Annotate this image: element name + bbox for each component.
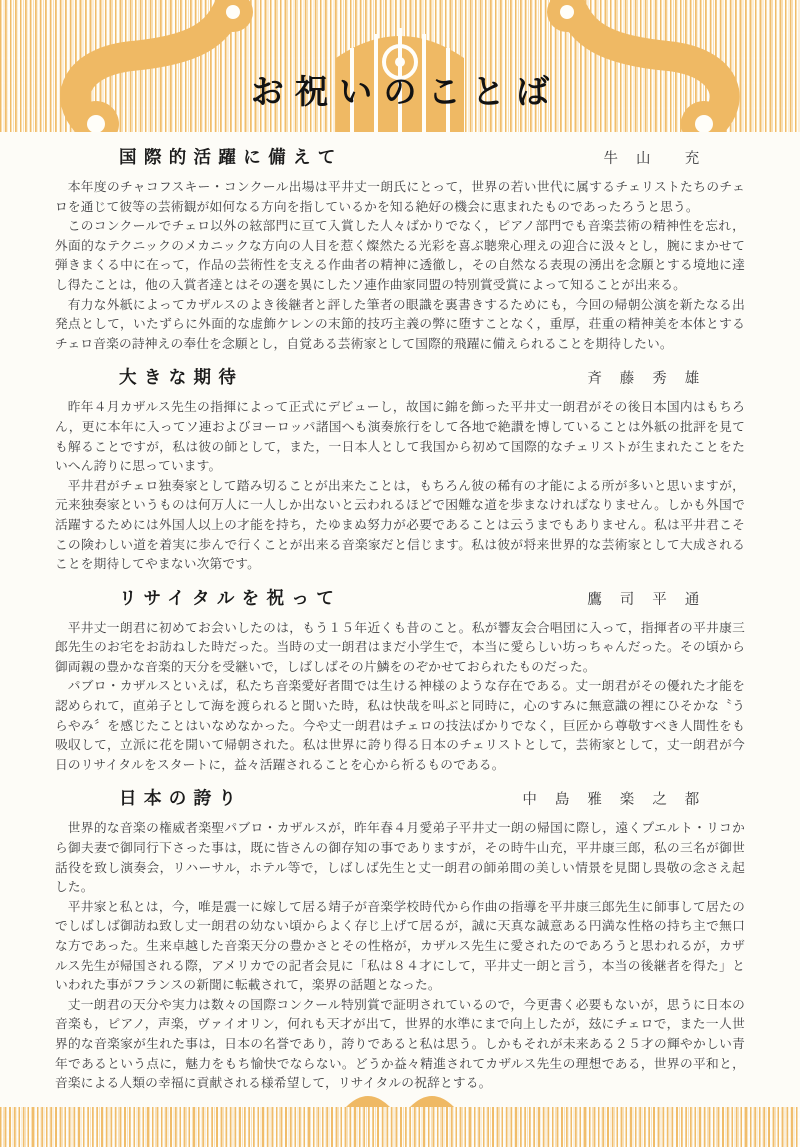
section-heading: 大きな期待 [119, 364, 243, 389]
paragraph: 平井丈一朗君に初めてお会いしたのは，もう１５年近くも昔のこと。私が響友会合唱団に… [55, 619, 745, 678]
paragraph: 有力な外紙によってカザルスのよき後継者と評した筆者の眼識を裏書きするためにも，今… [55, 296, 745, 355]
section-great-expectations: 大きな期待 斉 藤 秀 雄 昨年４月カザルス先生の指揮によって正式にデビューし，… [55, 364, 745, 574]
section-heading: 日本の誇り [119, 785, 243, 810]
paragraph: このコンクールでチェロ以外の絃部門に亘て入賞した人々ばかりでなく，ピアノ部門でも… [55, 217, 745, 295]
section-heading: リサイタルを祝って [119, 585, 341, 610]
section-header: 日本の誇り 中 島 雅 楽 之 都 [119, 785, 745, 810]
paragraph: 本年度のチャコフスキー・コンクール出場は平井丈一朗氏にとって，世界の若い世代に属… [55, 178, 745, 217]
section-celebrating-recital: リサイタルを祝って 鷹 司 平 通 平井丈一朗君に初めてお会いしたのは，もう１５… [55, 585, 745, 776]
paragraph: パブロ・カザルスといえば，私たち音楽愛好者間では生ける神様のような存在である。丈… [55, 677, 745, 775]
page-title: お祝いのことば [0, 66, 800, 113]
section-heading: 国際的活躍に備えて [119, 144, 343, 169]
essays-container: 国際的活躍に備えて 牛 山 充 本年度のチャコフスキー・コンクール出場は平井丈一… [0, 132, 800, 1094]
section-pride-of-japan: 日本の誇り 中 島 雅 楽 之 都 世界的な音楽の権威者楽聖パブロ・カザルスが，… [55, 785, 745, 1093]
section-body: 世界的な音楽の権威者楽聖パブロ・カザルスが，昨年春４月愛弟子平井丈一朗の帰国に際… [55, 819, 745, 1093]
section-body: 本年度のチャコフスキー・コンクール出場は平井丈一朗氏にとって，世界の若い世代に属… [55, 178, 745, 354]
paragraph: 世界的な音楽の権威者楽聖パブロ・カザルスが，昨年春４月愛弟子平井丈一朗の帰国に際… [55, 819, 745, 897]
section-author: 鷹 司 平 通 [587, 588, 701, 609]
paragraph: 丈一朗君の天分や実力は数々の国際コンクール特別賞で証明されているので，今更書く必… [55, 996, 745, 1094]
section-header: 大きな期待 斉 藤 秀 雄 [119, 364, 745, 389]
section-body: 昨年４月カザルス先生の指揮によって正式にデビューし，故国に錦を飾った平井丈一朗君… [55, 398, 745, 574]
section-body: 平井丈一朗君に初めてお会いしたのは，もう１５年近くも昔のこと。私が響友会合唱団に… [55, 619, 745, 776]
paragraph: 平井家と私とは，今，唯是震一に嫁して居る靖子が音楽学校時代から作曲の指導を平井康… [55, 898, 745, 996]
section-author: 牛 山 充 [604, 147, 701, 168]
section-author: 斉 藤 秀 雄 [587, 367, 701, 388]
top-banner: お祝いのことば [0, 0, 800, 132]
section-header: リサイタルを祝って 鷹 司 平 通 [119, 585, 745, 610]
scroll-tips-decoration [0, 1093, 800, 1107]
bottom-border-decoration [0, 1107, 800, 1147]
section-author: 中 島 雅 楽 之 都 [522, 788, 701, 809]
section-header: 国際的活躍に備えて 牛 山 充 [119, 144, 745, 169]
section-international-activity: 国際的活躍に備えて 牛 山 充 本年度のチャコフスキー・コンクール出場は平井丈一… [55, 144, 745, 354]
paragraph: 昨年４月カザルス先生の指揮によって正式にデビューし，故国に錦を飾った平井丈一朗君… [55, 398, 745, 476]
paragraph: 平井君がチェロ独奏家として踏み切ることが出来たことは，もちろん彼の稀有の才能によ… [55, 477, 745, 575]
